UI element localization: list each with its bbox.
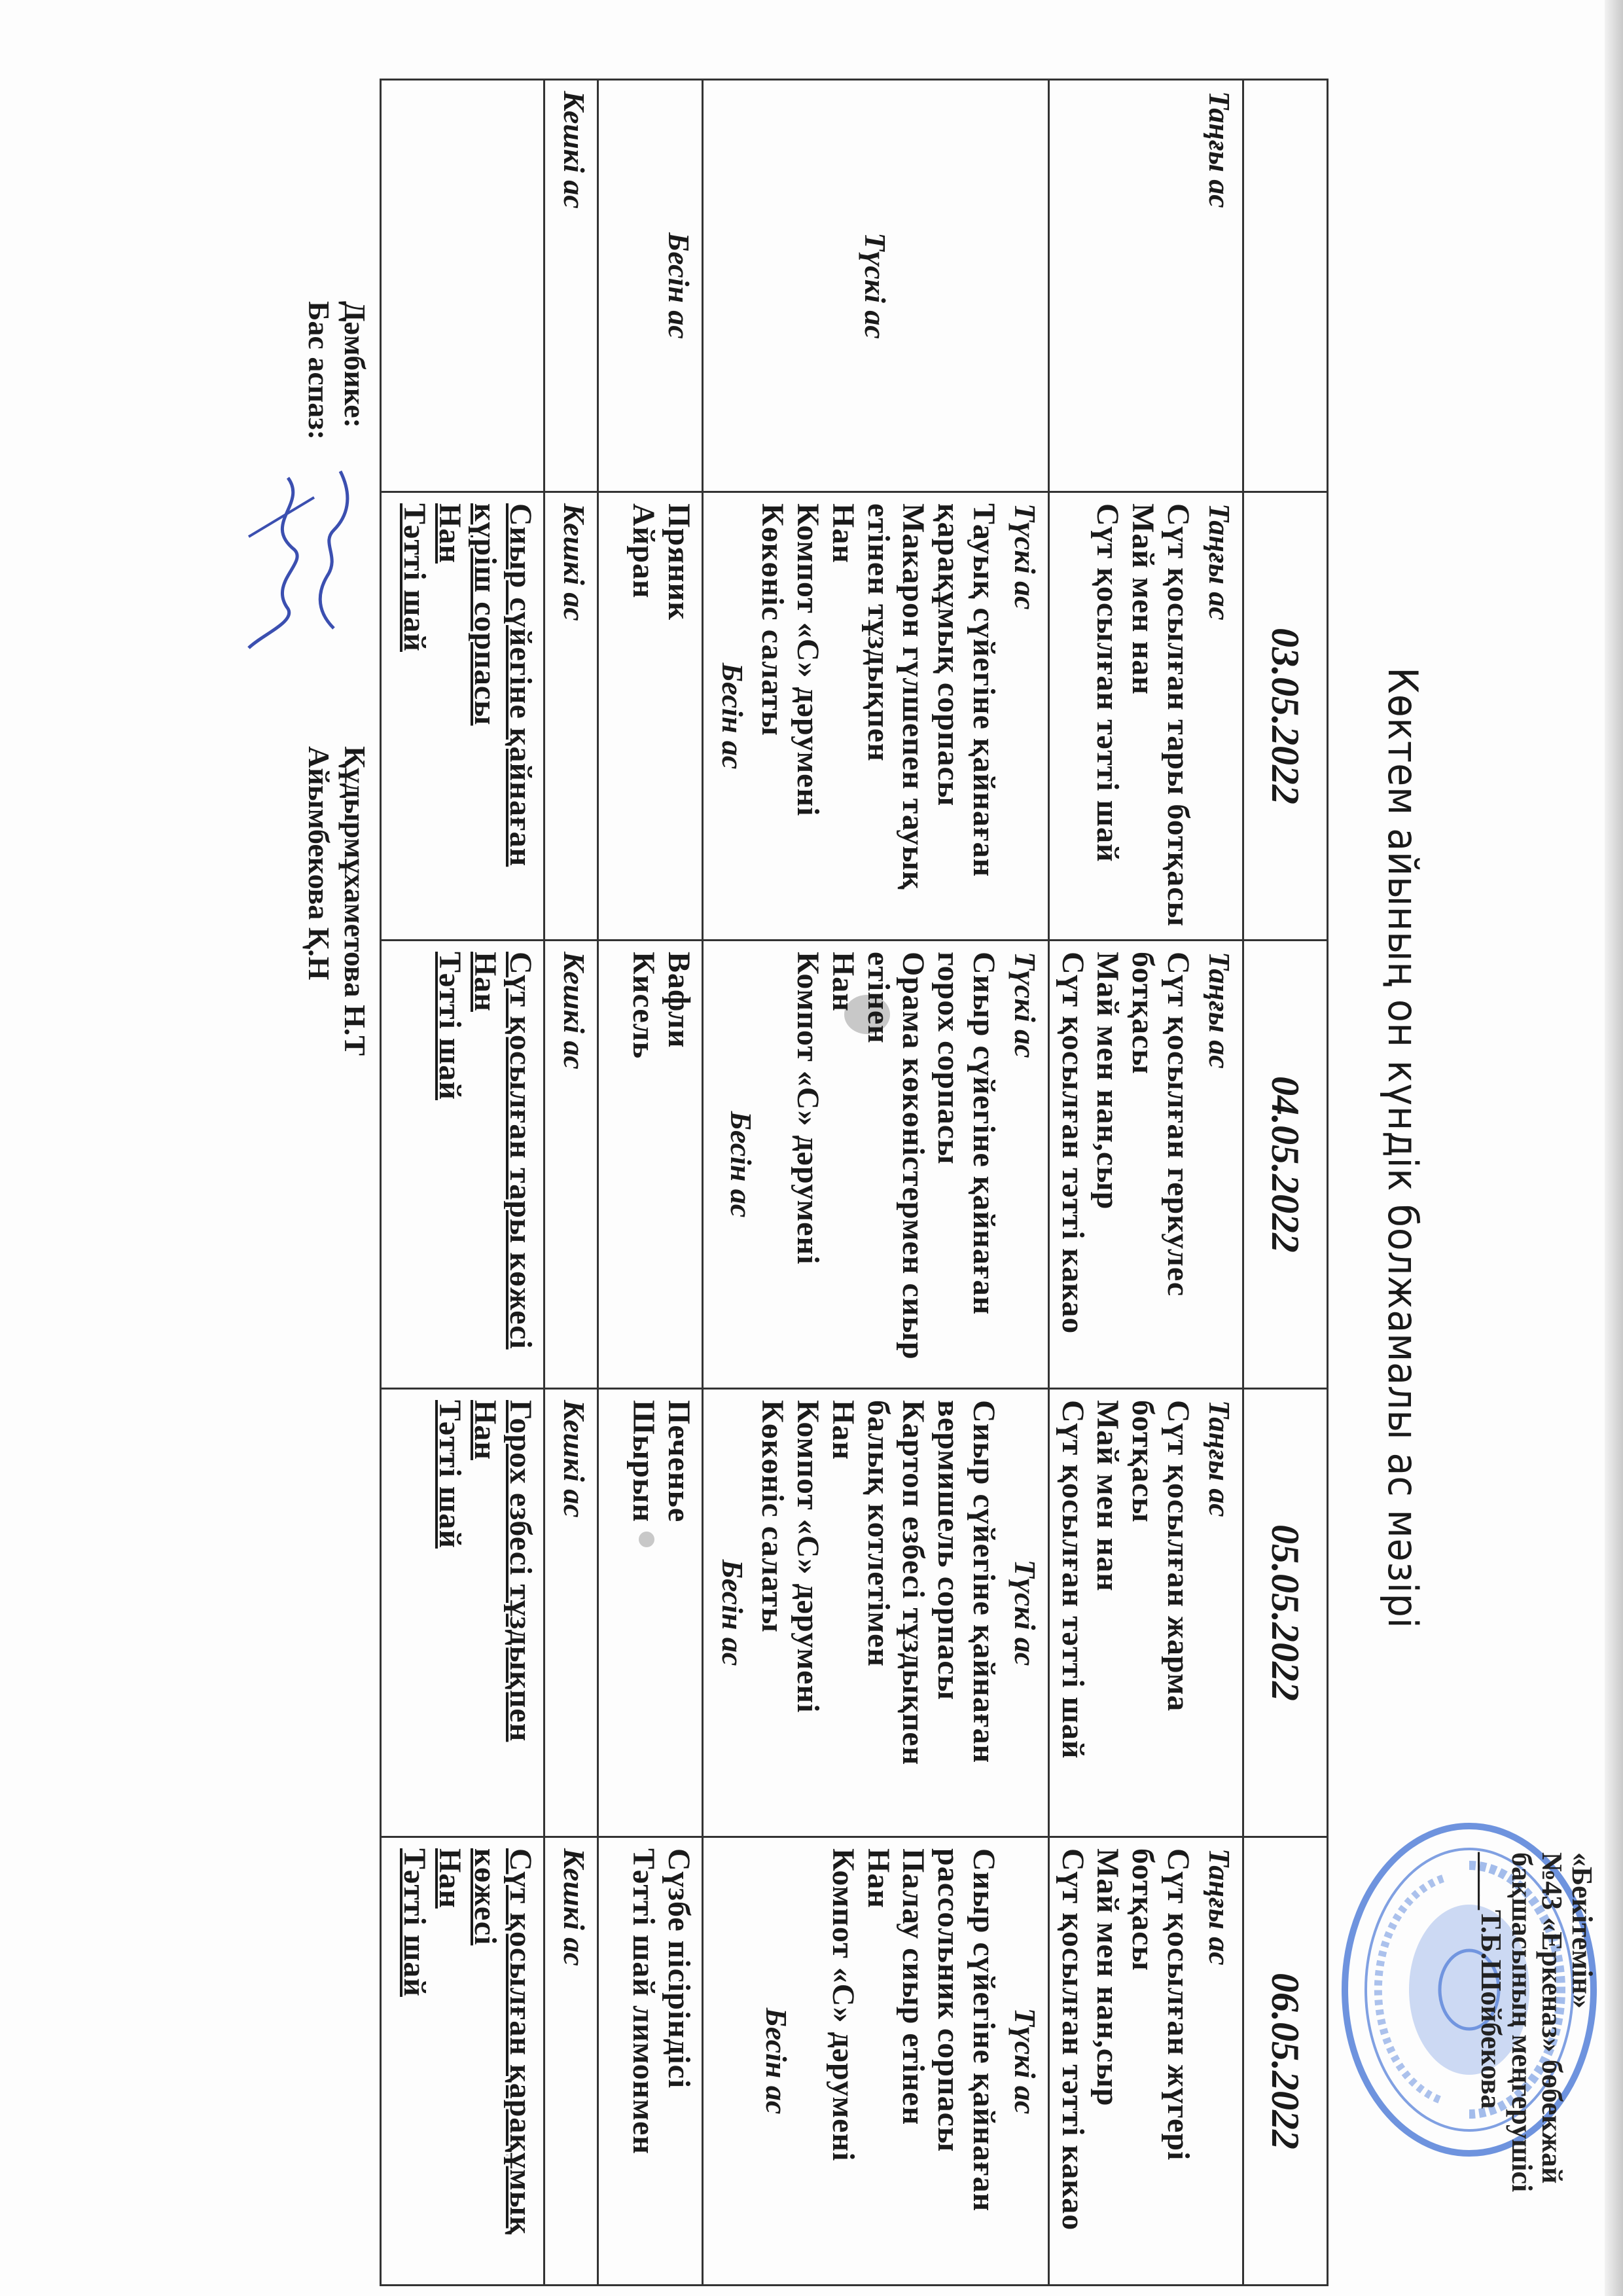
menu-item: Палау сиыр етінен — [896, 1848, 931, 2274]
item-list: Сиыр сүйегіне қайнаған күріш сорпасыНанТ… — [397, 503, 538, 929]
meal-label-lunch: Түскі ас — [702, 80, 1048, 492]
menu-item: Айран — [626, 503, 661, 929]
meal-heading: Кешкі ас — [557, 952, 592, 1377]
menu-item: Нан — [825, 503, 861, 929]
menu-item: Сүт қосылған тары көжесі — [503, 952, 538, 1377]
item-list: ПряникАйран — [626, 503, 696, 929]
signatory-name: Құдырмұхаметова Н.Т — [337, 746, 373, 1056]
menu-item: Май мен нан,сыр — [1090, 952, 1126, 1377]
menu-cell: ПряникАйран — [597, 492, 702, 941]
meal-heading: Түскі ас — [1008, 1400, 1043, 1825]
menu-item: Сүт қосылған тәтті шай — [1090, 503, 1126, 929]
signatory-row: Бас аспаз: Айымбекова Қ.Н — [301, 301, 337, 1056]
date-header: 04.05.2022 — [1243, 941, 1328, 1389]
corner-cell — [1243, 80, 1328, 492]
meal-heading: Кешкі ас — [557, 1400, 592, 1825]
menu-item: Тәтті шай — [433, 1400, 468, 1825]
item-list: Сүт қосылған тары ботқасыМай мен нанСүт … — [1090, 503, 1196, 929]
menu-cell: Кешкі ас — [544, 941, 597, 1389]
menu-item: Компот «С» дәрумені — [791, 503, 826, 929]
lunch-row: Түскі ас Түскі асТауық сүйегіне қайнаған… — [702, 80, 1048, 2286]
menu-item: Сүт қосылған жүгері ботқасы — [1126, 1848, 1196, 2274]
signatory-row: Дәмбике: Құдырмұхаметова Н.Т — [337, 301, 373, 1056]
menu-item: Сүт қосылған тәтті какао — [1055, 1848, 1090, 2274]
menu-item: Горох езбесі тұздықпен — [503, 1400, 538, 1825]
meal-heading: Таңғы ас — [1202, 1848, 1237, 2274]
meal-heading: Кешкі ас — [557, 1848, 592, 2274]
date-header: 06.05.2022 — [1243, 1837, 1328, 2286]
menu-item: Сүт қосылған тары ботқасы — [1160, 503, 1196, 929]
menu-item: Май мен нан — [1126, 503, 1161, 929]
approval-line: «Бекітемін» — [1567, 1852, 1597, 2192]
signatory-name: Айымбекова Қ.Н — [301, 746, 337, 980]
menu-item: Компот «С» дәрумені — [825, 1848, 861, 2274]
approval-block: «Бекітемін» №43 «Еркеназ» бөбекжай бақша… — [1476, 1852, 1597, 2192]
meal-heading: Бесін ас — [715, 503, 750, 929]
menu-table: 03.05.2022 04.05.2022 05.05.2022 06.05.2… — [380, 79, 1329, 2286]
item-list: ВафлиКисель — [626, 952, 696, 1377]
menu-cell: Сүт қосылған тары көжесіНанТәтті шай — [381, 941, 544, 1389]
menu-cell: Таңғы асСүт қосылған жарма ботқасыМай ме… — [1049, 1389, 1243, 1837]
menu-cell: Түскі асСиыр сүйегіне қайнаған вермишель… — [702, 1389, 1048, 1837]
date-header: 03.05.2022 — [1243, 492, 1328, 941]
menu-item: Тәтті шай — [397, 503, 433, 929]
menu-item: Вафли — [661, 952, 696, 1377]
menu-cell: Таңғы асСүт қосылған тары ботқасыМай мен… — [1049, 492, 1243, 941]
menu-item: Нан — [825, 1400, 861, 1825]
meal-heading: Таңғы ас — [1202, 1400, 1237, 1825]
menu-item: Макарон гүлшепен тауық етінен тұздықпен — [861, 503, 931, 929]
item-list: Сүт қосылған тары көжесіНанТәтті шай — [433, 952, 538, 1377]
menu-item: Нан — [433, 503, 468, 929]
meal-heading: Кешкі ас — [557, 503, 592, 929]
signature-icon — [242, 458, 360, 655]
menu-cell: Сиыр сүйегіне қайнаған күріш сорпасыНанТ… — [381, 492, 544, 941]
item-list: Сүзбе пісірiндiсiТәтті шай лимонмен — [626, 1848, 696, 2274]
meal-heading: Таңғы ас — [1202, 952, 1237, 1377]
approval-line: ____Т.Б.Шойбекова — [1476, 1852, 1506, 2192]
item-list: Тауық сүйегіне қайнаған қарақұмық сорпас… — [755, 503, 1001, 929]
menu-item: Сиыр сүйегіне қайнаған вермишель сорпасы — [931, 1400, 1002, 1825]
item-list: Горох езбесі тұздықпенНанТәтті шай — [433, 1400, 538, 1825]
menu-item: Сүт қосылған тәтті шай — [1055, 1400, 1090, 1825]
menu-cell: ПеченьеШырын — [597, 1389, 702, 1837]
empty-label-cell — [381, 80, 544, 492]
meal-heading: Түскі ас — [1008, 952, 1043, 1377]
menu-page: Көктем айының он күндік болжамалы ас мәз… — [0, 0, 1623, 2296]
menu-cell: Сүзбе пісірiндiсiТәтті шай лимонмен — [597, 1837, 702, 2286]
approval-line: №43 «Еркеназ» бөбекжай — [1537, 1852, 1567, 2192]
meal-heading: Түскі ас — [1008, 1848, 1043, 2274]
meal-label-snack: Бесін ас — [597, 80, 702, 492]
menu-item: Орама көкөністермен сиыр етінен — [861, 952, 931, 1377]
menu-item: Пряник — [661, 503, 696, 929]
signatories: Дәмбике: Құдырмұхаметова Н.Т Бас аспаз: … — [301, 301, 373, 1056]
breakfast-row: Таңғы ас Таңғы асСүт қосылған тары ботқа… — [1049, 80, 1243, 2286]
item-list: Сүт қосылған жүгері ботқасыМай мен нан,с… — [1055, 1848, 1196, 2274]
menu-item: Тәтті шай — [433, 952, 468, 1377]
menu-item: Тауық сүйегіне қайнаған қарақұмық сорпас… — [931, 503, 1002, 929]
menu-item: Сүзбе пісірiндiсi — [661, 1848, 696, 2274]
menu-item: Көкөніс салаты — [755, 503, 791, 929]
menu-cell: Түскі асТауық сүйегіне қайнаған қарақұмы… — [702, 492, 1048, 941]
menu-item: Нан — [467, 1400, 503, 1825]
menu-item: Компот «С» дәрумені — [791, 1400, 826, 1825]
menu-item: Печенье — [661, 1400, 696, 1825]
menu-item: Шырын — [626, 1400, 661, 1825]
item-list: ПеченьеШырын — [626, 1400, 696, 1825]
menu-cell: Түскі асСиыр сүйегіне қайнаған рассольни… — [702, 1837, 1048, 2286]
menu-cell: Таңғы асСүт қосылған геркулес ботқасыМай… — [1049, 941, 1243, 1389]
menu-cell: Кешкі ас — [544, 492, 597, 941]
menu-item: Сүт қосылған жарма ботқасы — [1126, 1400, 1196, 1825]
menu-item: Сиыр сүйегіне қайнаған рассольник сорпас… — [931, 1848, 1002, 2274]
item-list: Сүт қосылған қарақұмық көжесіНанТәтті ша… — [397, 1848, 538, 2274]
menu-cell: Сүт қосылған қарақұмық көжесіНанТәтті ша… — [381, 1837, 544, 2286]
approval-line: бақшасының меңгерушісі — [1506, 1852, 1536, 2192]
snack-row: Бесін ас ПряникАйран ВафлиКисель Печенье… — [597, 80, 702, 2286]
menu-item: Нан — [433, 1848, 468, 2274]
menu-cell: Таңғы асСүт қосылған жүгері ботқасыМай м… — [1049, 1837, 1243, 2286]
dinner-label-row: Кешкі ас Кешкі ас Кешкі ас Кешкі ас Кешк… — [544, 80, 597, 2286]
menu-item: Сүт қосылған тәтті какао — [1055, 952, 1090, 1377]
item-list: Сиыр сүйегіне қайнаған рассольник сорпас… — [825, 1848, 1001, 2274]
menu-cell: Горох езбесі тұздықпенНанТәтті шай — [381, 1389, 544, 1837]
menu-cell: Кешкі ас — [544, 1389, 597, 1837]
menu-item: Сүт қосылған қарақұмық көжесі — [467, 1848, 538, 2274]
meal-label-dinner: Кешкі ас — [544, 80, 597, 492]
meal-heading: Бесін ас — [759, 1848, 794, 2274]
dinner-row: Сиыр сүйегіне қайнаған күріш сорпасыНанТ… — [381, 80, 544, 2286]
menu-item: Компот «С» дәрумені — [791, 952, 826, 1377]
meal-label-breakfast: Таңғы ас — [1049, 80, 1243, 492]
menu-item: Картоп езбесі тұздықпен балық котлетімен — [861, 1400, 931, 1825]
menu-item: Нан — [825, 952, 861, 1377]
menu-cell: Кешкі ас — [544, 1837, 597, 2286]
menu-item: Сүт қосылған геркулес ботқасы — [1126, 952, 1196, 1377]
menu-item: Нан — [467, 952, 503, 1377]
menu-cell: Түскі асСиыр сүйегіне қайнаған горох сор… — [702, 941, 1048, 1389]
menu-item: Тәтті шай — [397, 1848, 433, 2274]
meal-heading: Түскі ас — [1008, 503, 1043, 929]
meal-heading: Бесін ас — [715, 1400, 750, 1825]
menu-item: Сиыр сүйегіне қайнаған күріш сорпасы — [467, 503, 538, 929]
menu-item: Сиыр сүйегіне қайнаған горох сорпасы — [931, 952, 1002, 1377]
item-list: Сүт қосылған геркулес ботқасыМай мен нан… — [1055, 952, 1196, 1377]
item-list: Сүт қосылған жарма ботқасыМай мен нанСүт… — [1055, 1400, 1196, 1825]
date-header: 05.05.2022 — [1243, 1389, 1328, 1837]
menu-item: Көкөніс салаты — [755, 1400, 791, 1825]
menu-cell: ВафлиКисель — [597, 941, 702, 1389]
menu-item: Нан — [861, 1848, 896, 2274]
item-list: Сиыр сүйегіне қайнаған горох сорпасыОрам… — [791, 952, 1002, 1377]
menu-item: Кисель — [626, 952, 661, 1377]
meal-heading: Бесін ас — [724, 952, 759, 1377]
dates-row: 03.05.2022 04.05.2022 05.05.2022 06.05.2… — [1243, 80, 1328, 2286]
menu-item: Май мен нан — [1090, 1400, 1126, 1825]
item-list: Сиыр сүйегіне қайнаған вермишель сорпасы… — [755, 1400, 1001, 1825]
menu-item: Тәтті шай лимонмен — [626, 1848, 661, 2274]
menu-item: Май мен нан,сыр — [1090, 1848, 1126, 2274]
meal-heading: Таңғы ас — [1202, 503, 1237, 929]
